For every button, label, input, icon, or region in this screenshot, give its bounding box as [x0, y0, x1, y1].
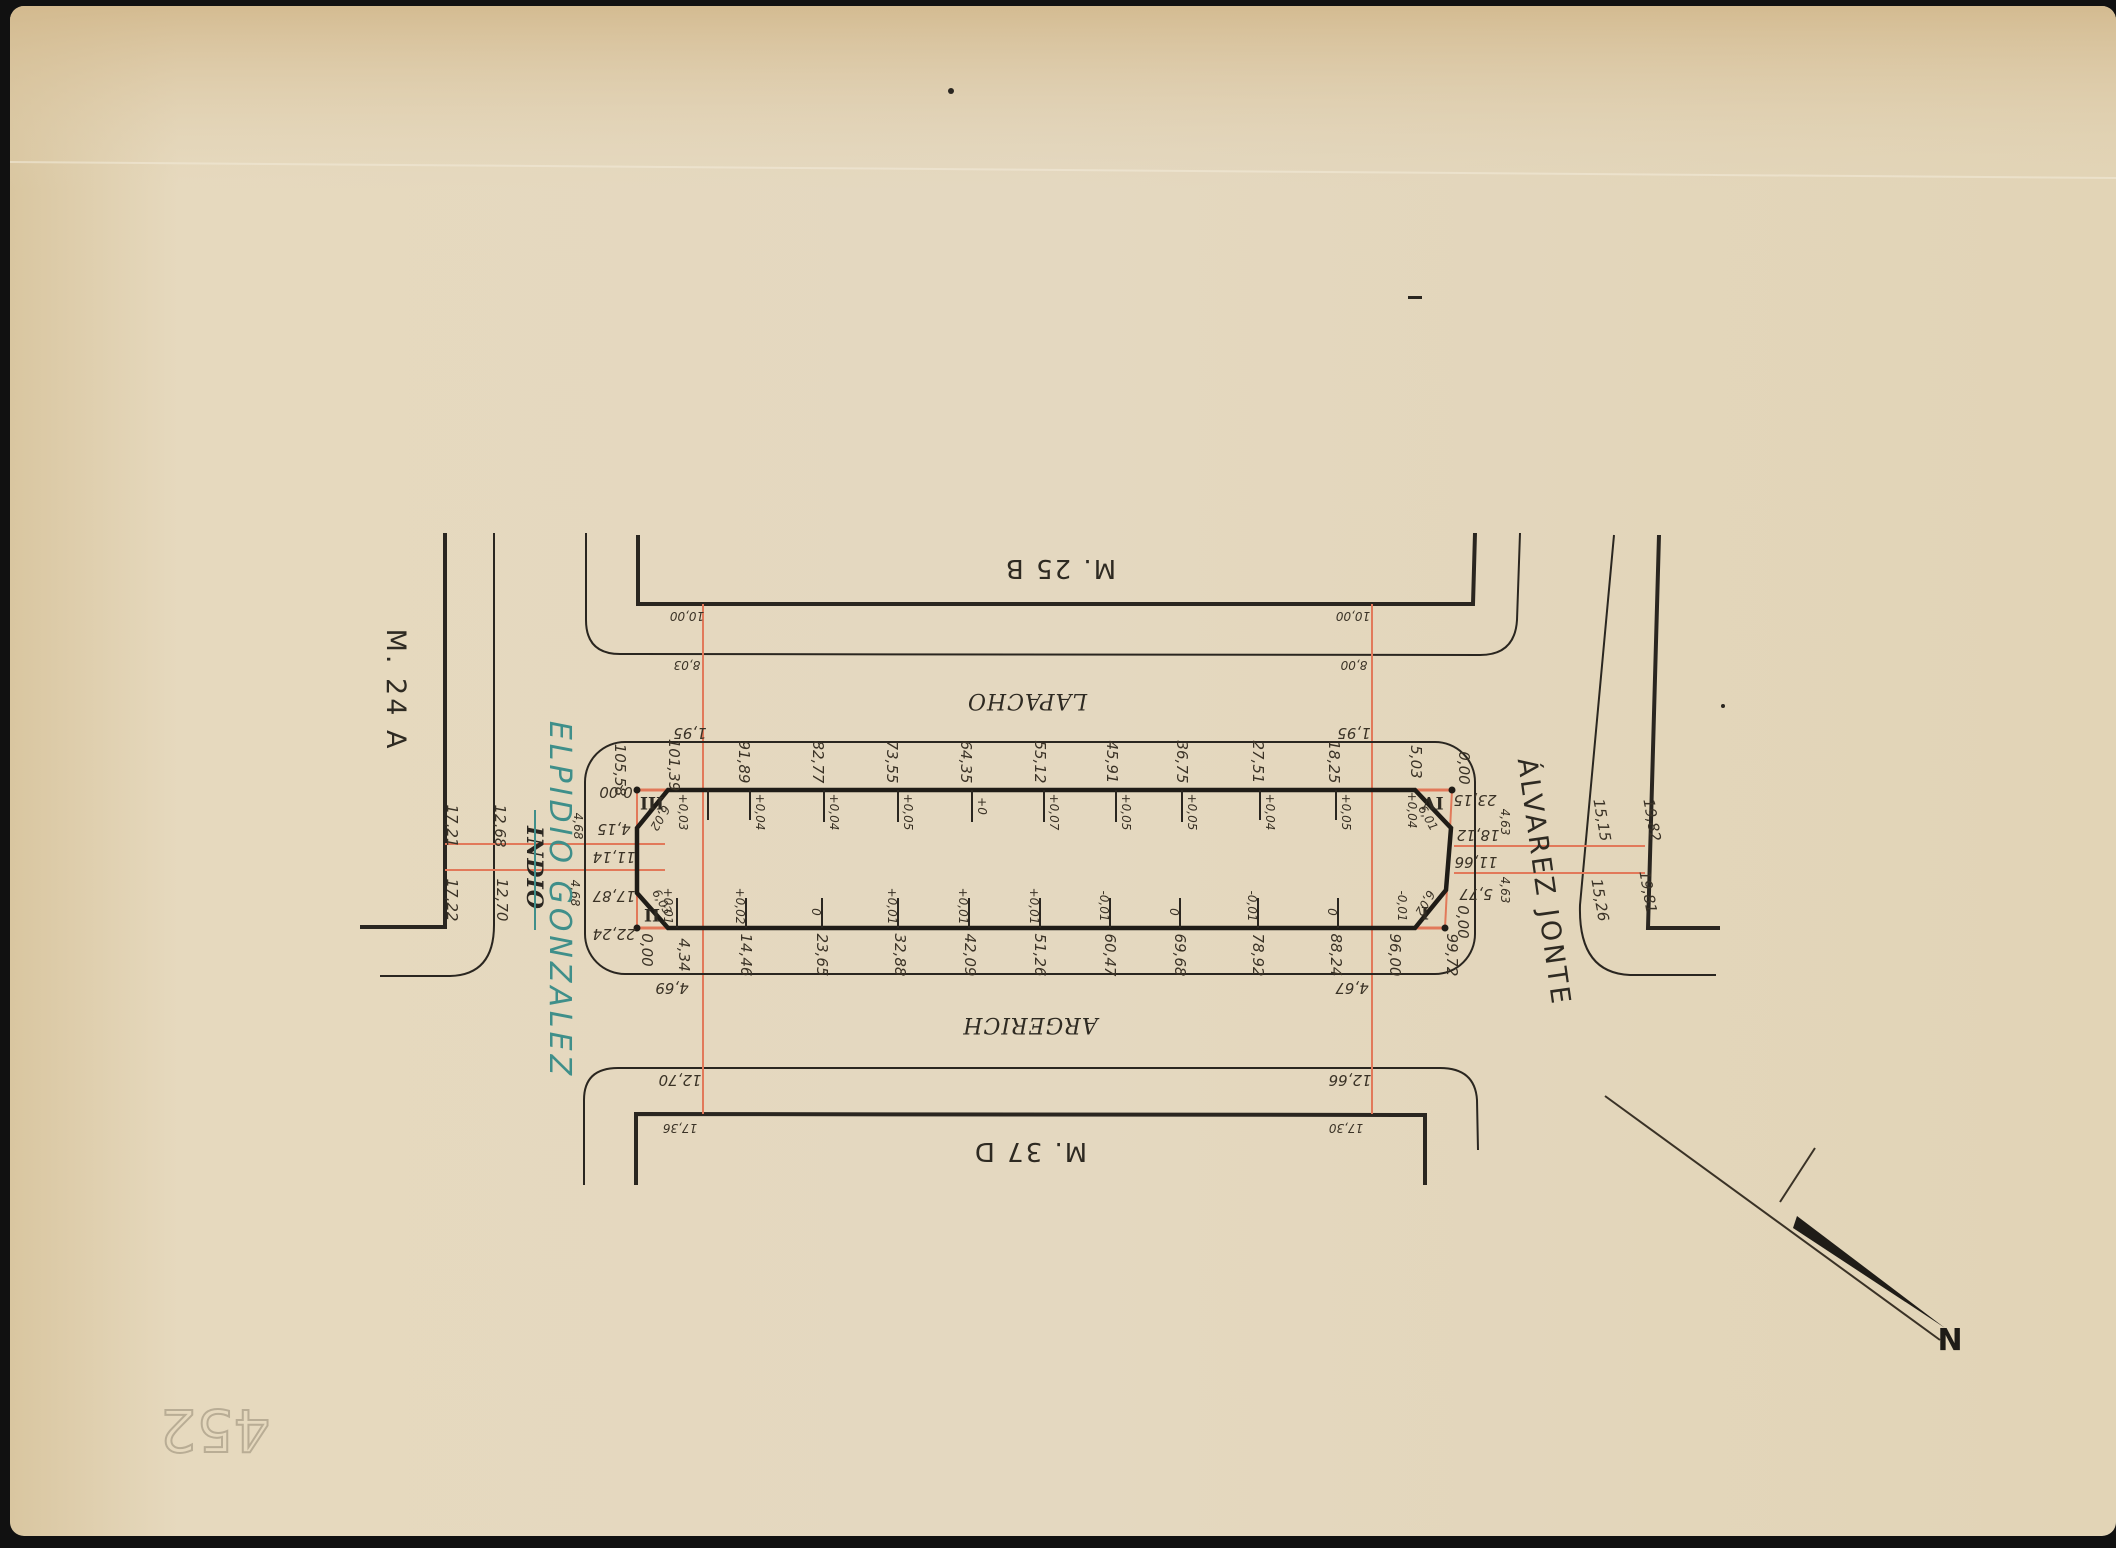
svg-text:11,66: 11,66	[1455, 853, 1498, 871]
svg-text:17,30: 17,30	[1328, 1121, 1363, 1135]
svg-text:+0,02: +0,02	[733, 888, 747, 925]
svg-text:27,51: 27,51	[1249, 741, 1267, 784]
curb-distance-top-left: 1,95	[673, 724, 706, 742]
svg-text:4,63: 4,63	[1498, 809, 1512, 836]
block-label-m24a: M. 24 A	[380, 629, 411, 752]
svg-text:17,21: 17,21	[443, 805, 461, 848]
svg-text:0,00: 0,00	[638, 933, 656, 966]
street-label-lapacho: LAPACHO	[967, 688, 1088, 713]
svg-text:82,77: 82,77	[809, 741, 827, 784]
svg-text:4,15: 4,15	[597, 820, 630, 838]
svg-text:17,36: 17,36	[662, 1121, 697, 1135]
svg-text:+0: +0	[975, 797, 989, 815]
svg-text:-0,01: -0,01	[1395, 890, 1409, 921]
svg-text:+0,05: +0,05	[1185, 794, 1199, 831]
svg-text:96,00: 96,00	[1386, 934, 1404, 977]
svg-text:12,68: 12,68	[491, 805, 509, 848]
svg-text:60,47: 60,47	[1101, 934, 1119, 977]
street-label-argerich: ARGERICH	[962, 1012, 1099, 1037]
svg-text:5,77: 5,77	[1459, 885, 1493, 903]
svg-text:0,00: 0,00	[1454, 905, 1472, 938]
block-label-m25b: M. 25 B	[1004, 553, 1116, 583]
svg-text:+0,05: +0,05	[1339, 794, 1353, 831]
svg-text:4,63: 4,63	[1498, 877, 1512, 904]
svg-text:78,92: 78,92	[1249, 934, 1267, 977]
svg-text:0: 0	[809, 908, 823, 916]
svg-text:10,00: 10,00	[669, 609, 704, 623]
svg-text:+0,05: +0,05	[901, 794, 915, 831]
svg-text:14,46: 14,46	[737, 934, 755, 977]
svg-text:12,70: 12,70	[659, 1071, 702, 1089]
curb-distance-top-right: 1,95	[1337, 724, 1370, 742]
svg-text:18,12: 18,12	[1457, 826, 1500, 844]
block-label-m37d: M. 37 D	[973, 1136, 1087, 1166]
svg-text:+0,05: +0,05	[1119, 794, 1133, 831]
svg-text:+0,03: +0,03	[676, 794, 690, 831]
svg-text:18,25: 18,25	[1325, 741, 1343, 784]
svg-text:55,12: 55,12	[1031, 741, 1049, 784]
svg-text:0,00: 0,00	[1455, 751, 1473, 784]
svg-text:23,65: 23,65	[813, 934, 831, 977]
pencil-note: 452	[160, 1396, 271, 1464]
svg-text:12,66: 12,66	[1329, 1071, 1372, 1089]
svg-text:4,34: 4,34	[675, 938, 693, 971]
svg-text:-0,01: -0,01	[1097, 890, 1111, 921]
svg-text:12,70: 12,70	[493, 879, 511, 922]
svg-text:51,26: 51,26	[1031, 934, 1049, 977]
svg-text:+0,04: +0,04	[1263, 794, 1277, 831]
svg-text:69,68: 69,68	[1171, 934, 1189, 977]
north-label: N	[1937, 1320, 1962, 1355]
svg-text:+0,07: +0,07	[1047, 794, 1061, 831]
svg-text:73,55: 73,55	[883, 741, 901, 784]
survey-sheet: M. 25 B M. 37 D M. 24 A	[0, 0, 2116, 1548]
survey-map: M. 25 B M. 37 D M. 24 A	[0, 0, 2116, 1548]
svg-text:45,91: 45,91	[1103, 741, 1121, 784]
curb-distance-bottom-left: 4,69	[655, 979, 688, 997]
svg-text:5,03: 5,03	[1407, 745, 1425, 778]
svg-text:22,24: 22,24	[593, 925, 636, 943]
svg-text:0: 0	[1325, 908, 1339, 916]
svg-text:+0,01: +0,01	[956, 888, 970, 925]
curb-distance-bottom-right: 4,67	[1335, 979, 1369, 997]
svg-text:32,88: 32,88	[891, 934, 909, 977]
svg-text:36,75: 36,75	[1173, 741, 1191, 784]
svg-text:101,39: 101,39	[665, 739, 683, 792]
svg-text:8,00: 8,00	[1340, 658, 1367, 672]
svg-text:91,89: 91,89	[735, 741, 753, 784]
svg-text:23,15: 23,15	[1454, 791, 1497, 809]
svg-text:42,09: 42,09	[961, 934, 979, 977]
svg-text:17,22: 17,22	[443, 879, 461, 922]
svg-text:11,14: 11,14	[593, 848, 636, 866]
svg-text:0: 0	[1167, 908, 1181, 916]
svg-text:+0,01: +0,01	[1027, 888, 1041, 925]
svg-text:+0,04: +0,04	[753, 794, 767, 831]
svg-text:10,00: 10,00	[1335, 609, 1370, 623]
svg-text:0,00: 0,00	[599, 783, 632, 801]
svg-text:8,03: 8,03	[674, 658, 701, 672]
svg-text:+0,04: +0,04	[827, 794, 841, 831]
svg-text:+0,01: +0,01	[885, 888, 899, 925]
svg-text:64,35: 64,35	[957, 741, 975, 784]
svg-text:17,87: 17,87	[592, 887, 635, 905]
svg-text:99,72: 99,72	[1443, 934, 1461, 977]
svg-text:-0,01: -0,01	[1245, 890, 1259, 921]
svg-text:88,24: 88,24	[1327, 934, 1345, 977]
